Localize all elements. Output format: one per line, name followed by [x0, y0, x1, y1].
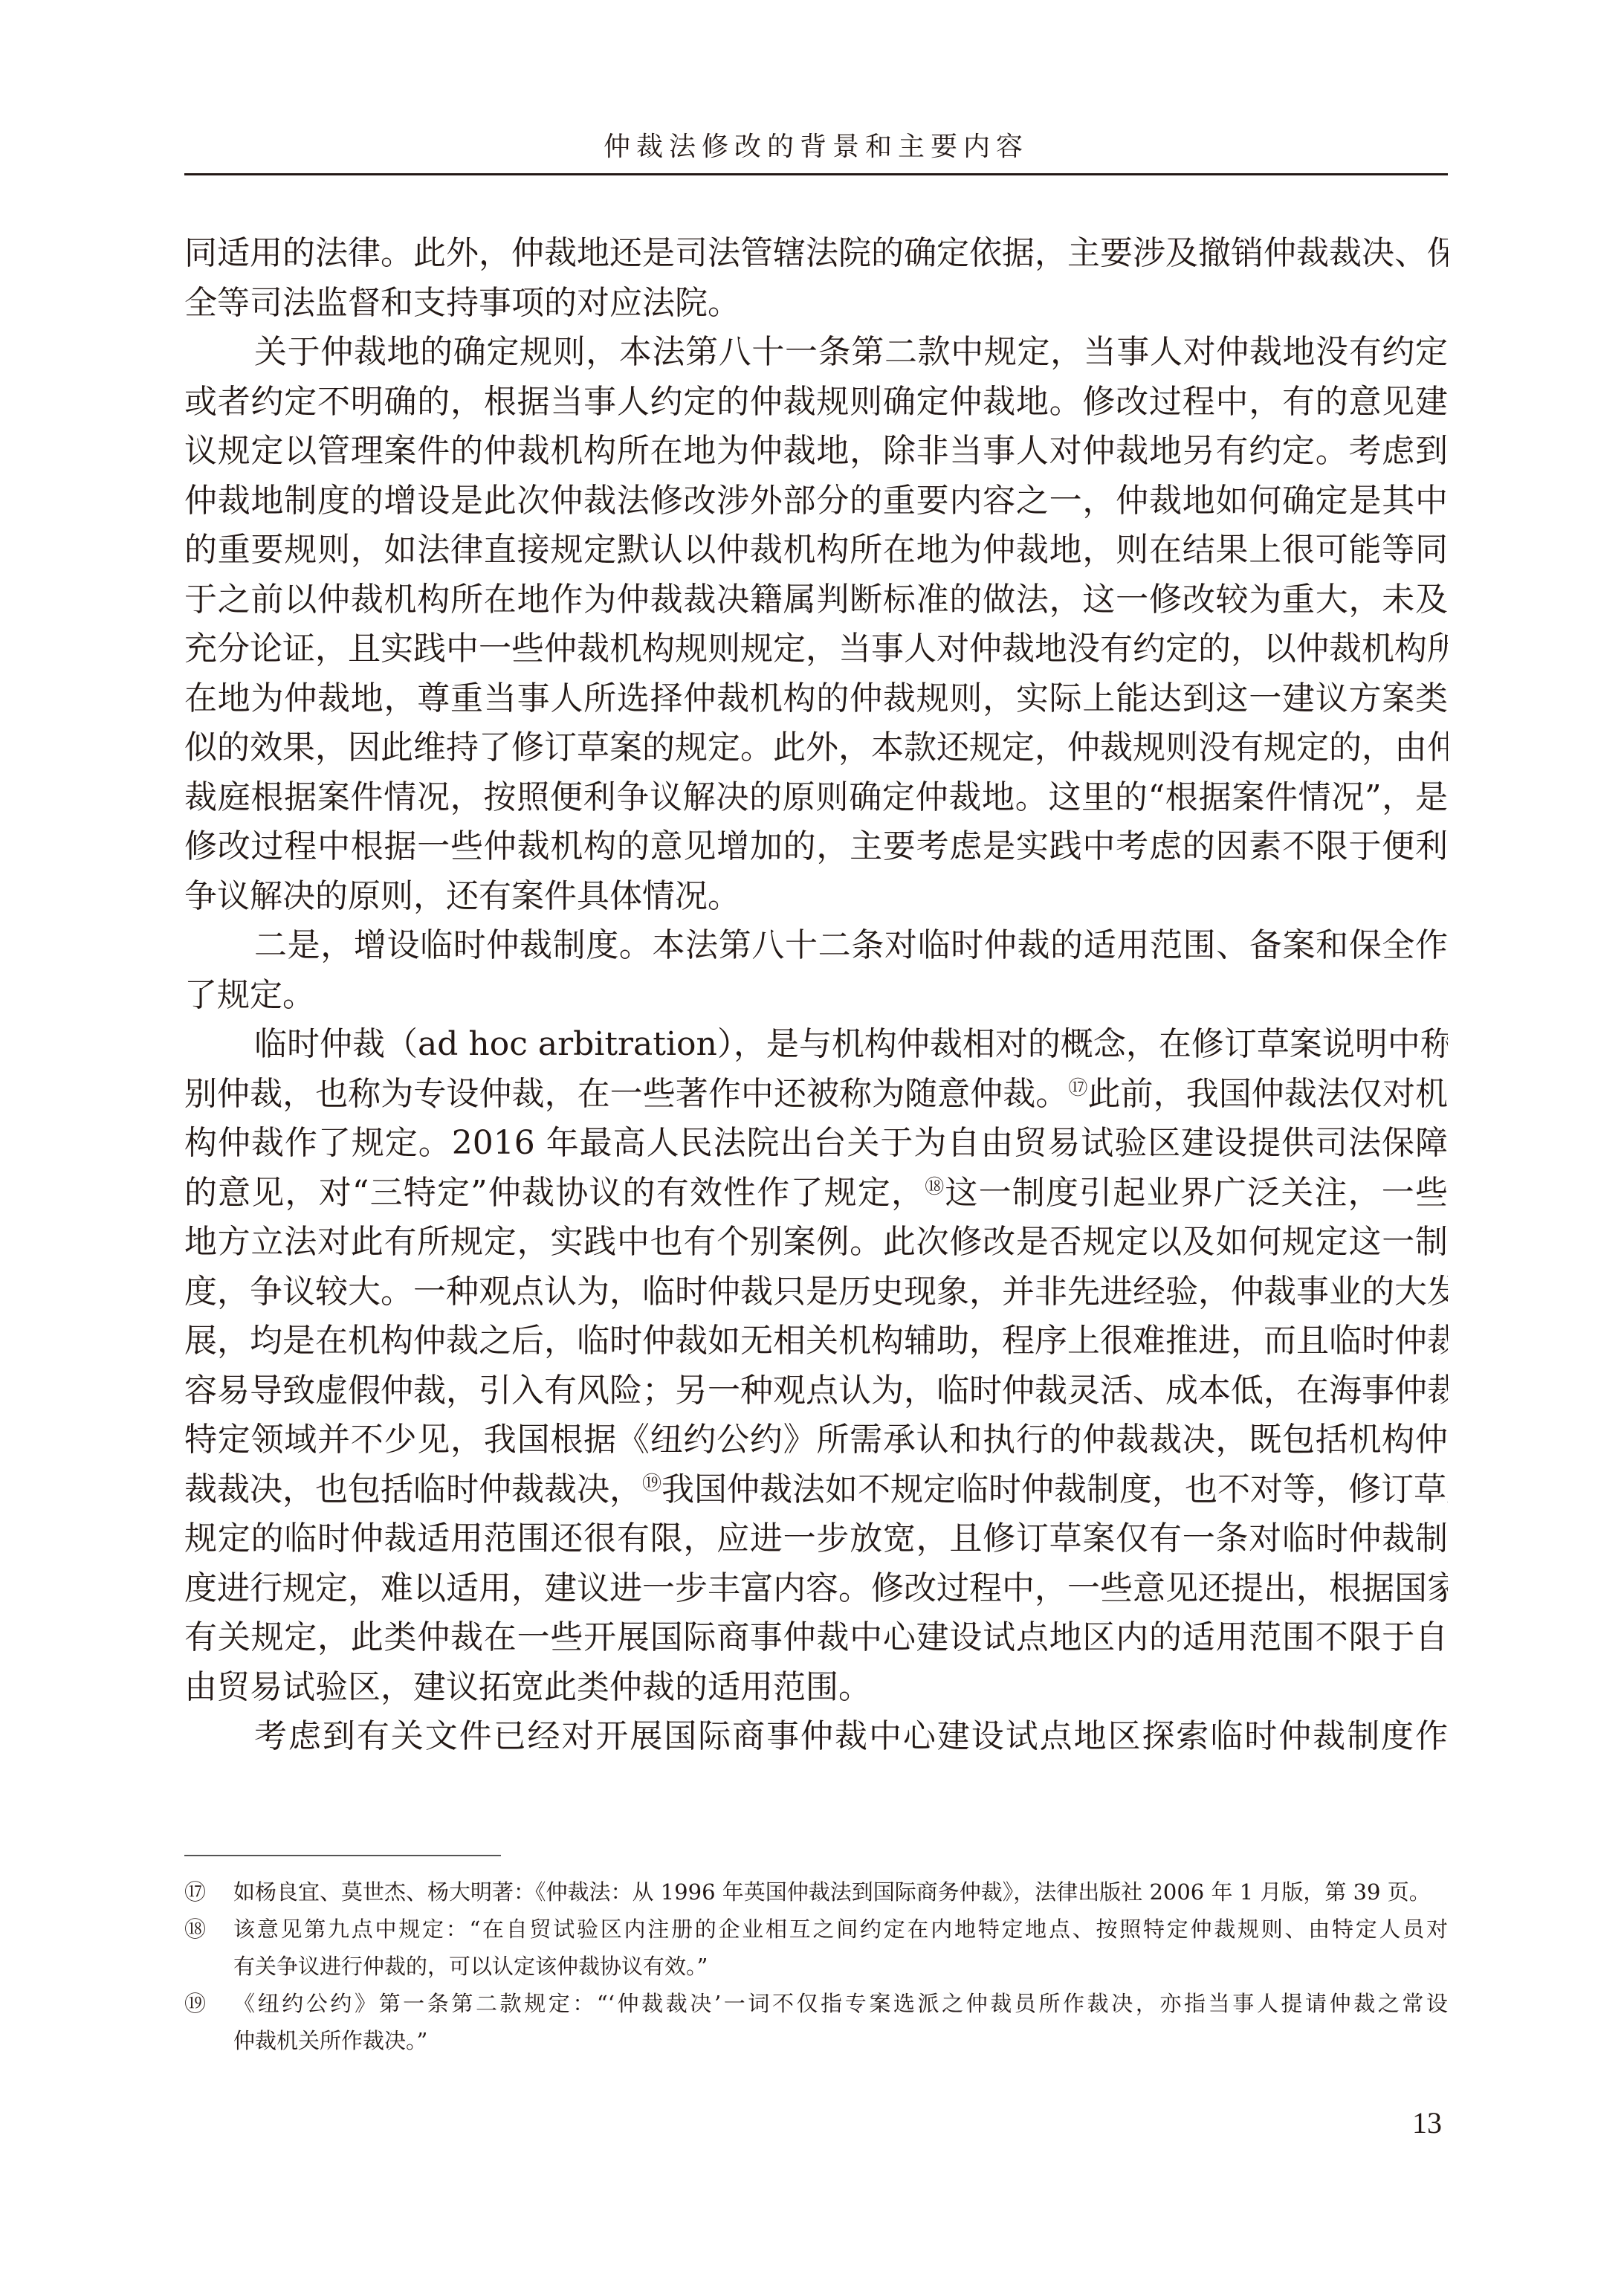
text-line: 争议解决的原则，还有案件具体情况。	[184, 872, 1448, 922]
text-line: 全等司法监督和支持事项的对应法院。	[184, 279, 1448, 329]
text-line: 临时仲裁（ad hoc arbitration），是与机构仲裁相对的概念，在修订…	[184, 1020, 1448, 1070]
page-number: 13	[1412, 2105, 1442, 2141]
text-line: 构仲裁作了规定。2016 年最高人民法院出台关于为自由贸易试验区建设提供司法保障	[184, 1119, 1448, 1169]
footnote-separator	[184, 1855, 501, 1856]
text-line: 于之前以仲裁机构所在地作为仲裁裁决籍属判断标准的做法，这一修改较为重大，未及	[184, 575, 1448, 625]
text-line: 度进行规定，难以适用，建议进一步丰富内容。修改过程中，一些意见还提出，根据国家	[184, 1564, 1448, 1614]
text-line: 有关规定，此类仲裁在一些开展国际商事仲裁中心建设试点地区内的适用范围不限于自	[184, 1613, 1448, 1663]
footnote-text: 该意见第九点中规定：“在自贸试验区内注册的企业相互之间约定在内地特定地点、按照特…	[233, 1917, 1448, 1942]
text-line: 修改过程中根据一些仲裁机构的意见增加的，主要考虑是实践中考虑的因素不限于便利	[184, 822, 1448, 872]
text-line: 二是，增设临时仲裁制度。本法第八十二条对临时仲裁的适用范围、备案和保全作	[184, 921, 1448, 971]
text-line: 由贸易试验区，建议拓宽此类仲裁的适用范围。	[184, 1663, 1448, 1713]
document-page: 仲裁法修改的背景和主要内容 同适用的法律。此外，仲裁地还是司法管辖法院的确定依据…	[0, 0, 1624, 2283]
text-segment: 的意见，对“三特定”仲裁协议的有效性作了规定，	[184, 1174, 925, 1212]
footnote-ref-18[interactable]: ⑱	[925, 1176, 945, 1198]
text-line: 充分论证，且实践中一些仲裁机构规则规定，当事人对仲裁地没有约定的，以仲裁机构所	[184, 624, 1448, 674]
text-segment: 裁裁决，也包括临时仲裁裁决，	[184, 1470, 642, 1508]
footnote-ref-17[interactable]: ⑰	[1068, 1077, 1087, 1099]
text-segment: 此前，我国仲裁法仅对机	[1087, 1075, 1448, 1113]
footnote-19: ⑲ 《纽约公约》第一条第二款规定：“‘仲裁裁决’一词不仅指专案选派之仲裁员所作裁…	[184, 1985, 1448, 2059]
text-line: 裁裁决，也包括临时仲裁裁决，⑲我国仲裁法如不规定临时仲裁制度，也不对等，修订草案	[184, 1465, 1448, 1515]
header-rule	[184, 173, 1448, 175]
text-line: 考虑到有关文件已经对开展国际商事仲裁中心建设试点地区探索临时仲裁制度作	[184, 1712, 1448, 1762]
text-line: 地方立法对此有所规定，实践中也有个别案例。此次修改是否规定以及如何规定这一制	[184, 1218, 1448, 1268]
footnote-marker: ⑱	[184, 1911, 206, 1948]
running-head-title: 仲裁法修改的背景和主要内容	[184, 125, 1448, 169]
text-line: 展，均是在机构仲裁之后，临时仲裁如无相关机构辅助，程序上很难推进，而且临时仲裁	[184, 1317, 1448, 1366]
footnote-text: 《纽约公约》第一条第二款规定：“‘仲裁裁决’一词不仅指专案选派之仲裁员所作裁决，…	[233, 1991, 1448, 2016]
footnote-line: ⑱ 该意见第九点中规定：“在自贸试验区内注册的企业相互之间约定在内地特定地点、按…	[184, 1911, 1448, 1948]
text-line: 规定的临时仲裁适用范围还很有限，应进一步放宽，且修订草案仅有一条对临时仲裁制	[184, 1514, 1448, 1564]
text-line: 似的效果，因此维持了修订草案的规定。此外，本款还规定，仲裁规则没有规定的，由仲	[184, 723, 1448, 773]
text-line: 度，争议较大。一种观点认为，临时仲裁只是历史现象，并非先进经验，仲裁事业的大发	[184, 1268, 1448, 1317]
paragraph: 临时仲裁（ad hoc arbitration），是与机构仲裁相对的概念，在修订…	[184, 1020, 1448, 1712]
text-line: 在地为仲裁地，尊重当事人所选择仲裁机构的仲裁规则，实际上能达到这一建议方案类	[184, 674, 1448, 724]
text-segment: 别仲裁，也称为专设仲裁，在一些著作中还被称为随意仲裁。	[184, 1075, 1068, 1113]
text-line: 的意见，对“三特定”仲裁协议的有效性作了规定，⑱这一制度引起业界广泛关注，一些	[184, 1169, 1448, 1218]
text-line: 关于仲裁地的确定规则，本法第八十一条第二款中规定，当事人对仲裁地没有约定	[184, 328, 1448, 378]
footnote-marker: ⑰	[184, 1873, 206, 1911]
paragraph: 考虑到有关文件已经对开展国际商事仲裁中心建设试点地区探索临时仲裁制度作	[184, 1712, 1448, 1762]
paragraph: 关于仲裁地的确定规则，本法第八十一条第二款中规定，当事人对仲裁地没有约定 或者约…	[184, 328, 1448, 921]
text-line: 的重要规则，如法律直接规定默认以仲裁机构所在地为仲裁地，则在结果上很可能等同	[184, 526, 1448, 575]
body-text: 同适用的法律。此外，仲裁地还是司法管辖法院的确定依据，主要涉及撤销仲裁裁决、保 …	[184, 229, 1448, 1762]
footnote-line: 仲裁机关所作裁决。”	[184, 2022, 1448, 2059]
text-line: 或者约定不明确的，根据当事人约定的仲裁规则确定仲裁地。修改过程中，有的意见建	[184, 378, 1448, 427]
text-line: 同适用的法律。此外，仲裁地还是司法管辖法院的确定依据，主要涉及撤销仲裁裁决、保	[184, 229, 1448, 279]
footnote-text: 如杨良宜、莫世杰、杨大明著：《仲裁法：从 1996 年英国仲裁法到国际商务仲裁》…	[233, 1879, 1431, 1905]
footnote-line: ⑲ 《纽约公约》第一条第二款规定：“‘仲裁裁决’一词不仅指专案选派之仲裁员所作裁…	[184, 1985, 1448, 2022]
paragraph: 同适用的法律。此外，仲裁地还是司法管辖法院的确定依据，主要涉及撤销仲裁裁决、保 …	[184, 229, 1448, 328]
text-line: 别仲裁，也称为专设仲裁，在一些著作中还被称为随意仲裁。⑰此前，我国仲裁法仅对机	[184, 1070, 1448, 1120]
text-line: 特定领域并不少见，我国根据《纽约公约》所需承认和执行的仲裁裁决，既包括机构仲	[184, 1415, 1448, 1465]
footnote-line: ⑰ 如杨良宜、莫世杰、杨大明著：《仲裁法：从 1996 年英国仲裁法到国际商务仲…	[184, 1873, 1448, 1911]
text-line: 容易导致虚假仲裁，引入有风险；另一种观点认为，临时仲裁灵活、成本低，在海事仲裁等	[184, 1366, 1448, 1416]
footnotes: ⑰ 如杨良宜、莫世杰、杨大明著：《仲裁法：从 1996 年英国仲裁法到国际商务仲…	[184, 1873, 1448, 2059]
footnote-line: 有关争议进行仲裁的，可以认定该仲裁协议有效。”	[184, 1948, 1448, 1985]
text-segment: 这一制度引起业界广泛关注，一些	[945, 1174, 1448, 1212]
text-segment: 我国仲裁法如不规定临时仲裁制度，也不对等，修订草案	[661, 1470, 1448, 1508]
footnote-17: ⑰ 如杨良宜、莫世杰、杨大明著：《仲裁法：从 1996 年英国仲裁法到国际商务仲…	[184, 1873, 1448, 1911]
footnote-18: ⑱ 该意见第九点中规定：“在自贸试验区内注册的企业相互之间约定在内地特定地点、按…	[184, 1911, 1448, 1985]
text-line: 议规定以管理案件的仲裁机构所在地为仲裁地，除非当事人对仲裁地另有约定。考虑到	[184, 427, 1448, 477]
text-line: 了规定。	[184, 971, 1448, 1021]
paragraph: 二是，增设临时仲裁制度。本法第八十二条对临时仲裁的适用范围、备案和保全作 了规定…	[184, 921, 1448, 1020]
text-line: 仲裁地制度的增设是此次仲裁法修改涉外部分的重要内容之一，仲裁地如何确定是其中	[184, 477, 1448, 526]
footnote-ref-19[interactable]: ⑲	[642, 1473, 661, 1495]
text-line: 裁庭根据案件情况，按照便利争议解决的原则确定仲裁地。这里的“根据案件情况”，是	[184, 773, 1448, 823]
footnote-marker: ⑲	[184, 1985, 206, 2022]
